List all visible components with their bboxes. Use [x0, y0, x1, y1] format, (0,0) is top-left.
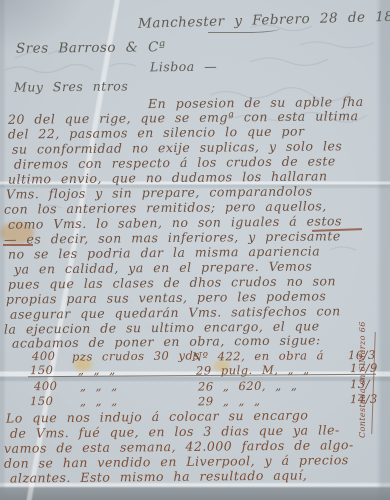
order-qty: 400 — [32, 349, 56, 363]
salutation-line: Muy Sres ntros — [14, 78, 128, 94]
order-qty: 150 — [30, 394, 54, 408]
margin-note: Contestada en 6 Marzo 66 — [358, 321, 367, 438]
place-line: Lisboa — — [150, 59, 217, 75]
order-ref: 29 „ „ „ — [198, 394, 261, 409]
recipient-line: Sres Barroso & Cª — [16, 39, 166, 57]
order-ref: Nº 422, en obra á — [192, 348, 324, 363]
order-qty: 400 — [34, 379, 58, 393]
underline-estos-continued — [3, 244, 33, 246]
order-ref: 26 „ 620, „ „ — [198, 378, 297, 393]
dateline-flourish — [208, 24, 280, 33]
letter-scan: Manchester y Febrero 28 de 1866 Sres Bar… — [0, 0, 390, 500]
order-desc: „ „ „ — [80, 394, 118, 408]
order-qty: 150 — [30, 363, 54, 377]
order-desc: „ „ „ — [80, 379, 118, 393]
closing-line: alzantes. Esto mismo ha resultado aquí, — [10, 467, 307, 485]
order-desc: pzs crudos 30 yds — [72, 348, 200, 363]
